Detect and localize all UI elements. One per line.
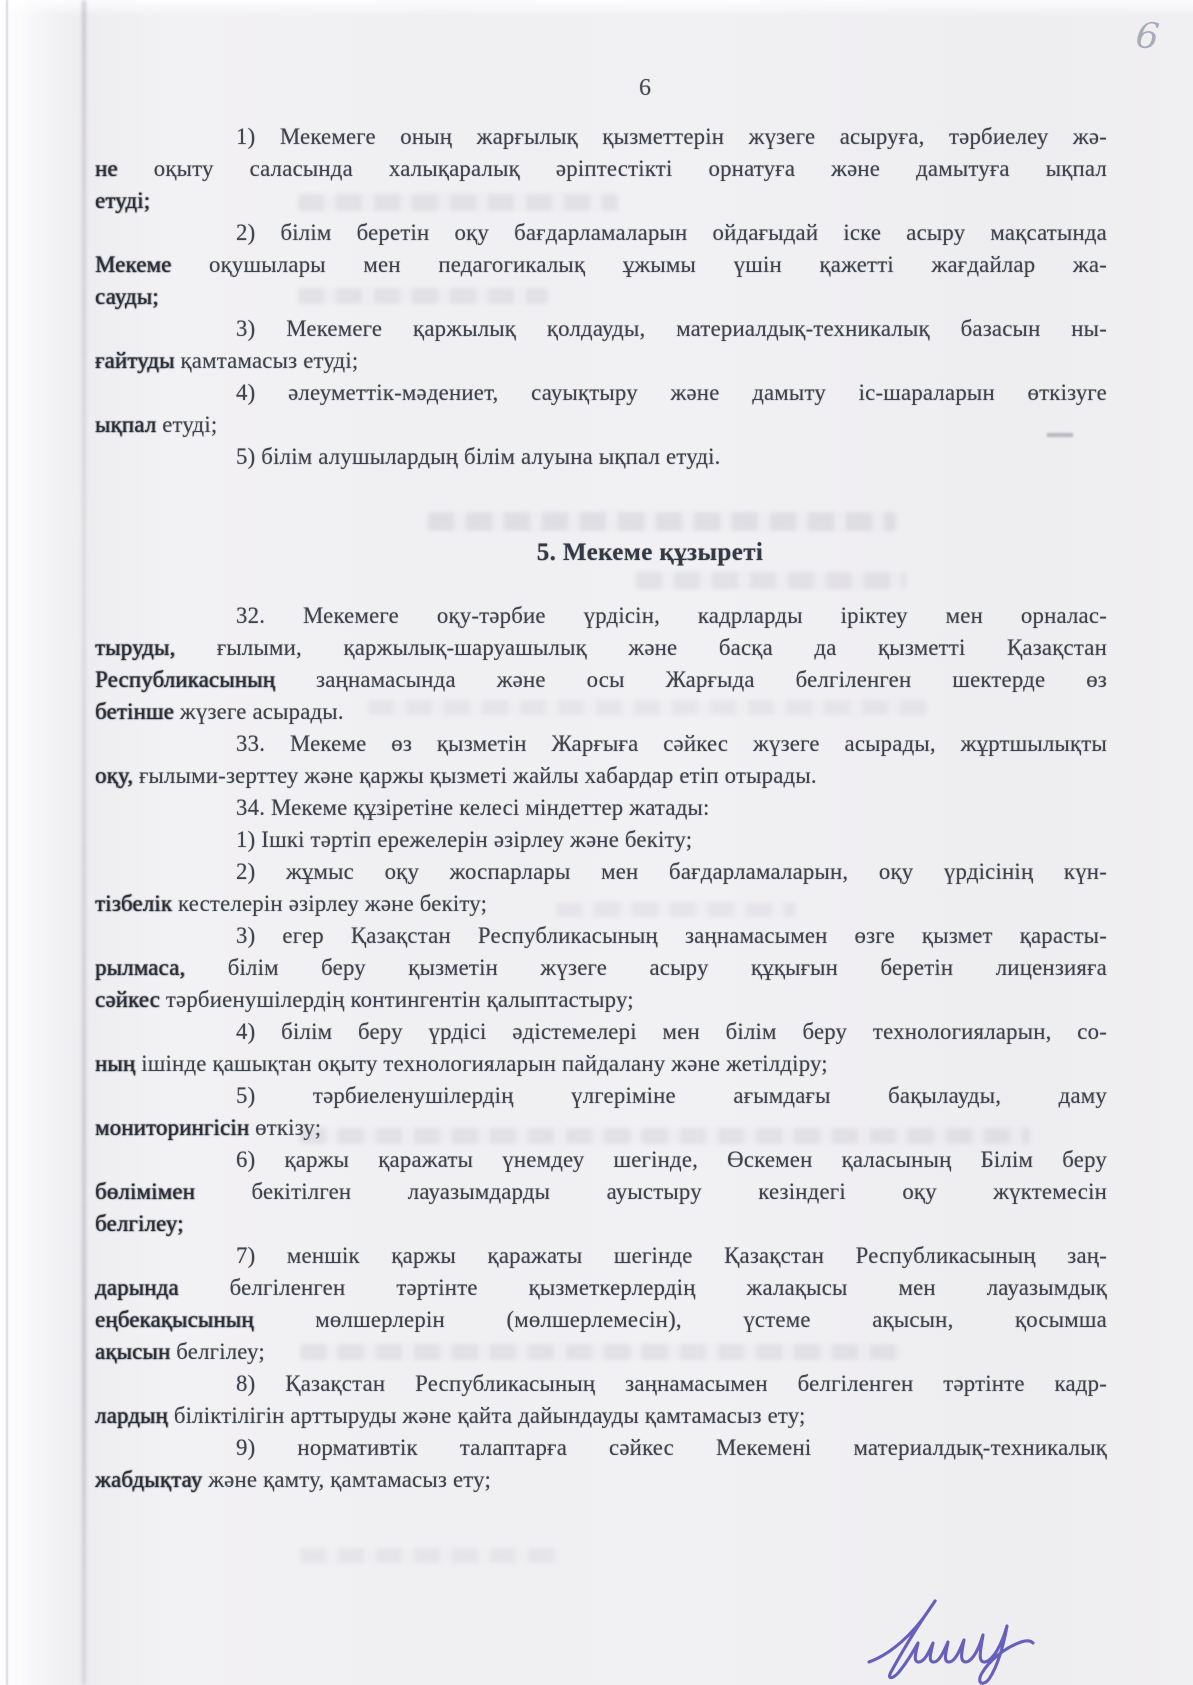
smudged-word: жабдықтау [95,1467,202,1492]
scanned-page: 6 6 1) Мекемеге оның жарғылық қызметтері… [0,0,1193,1685]
handwritten-signature [855,1588,1095,1685]
bleed-through-ghost [300,1344,900,1360]
text-line: 5) тәрбиеленушілердің үлгеріміне ағымдағ… [95,1080,1107,1112]
bleed-through-ghost [298,194,618,211]
smudged-word: лардың [95,1403,168,1428]
smudged-word: Мекеме [95,252,171,277]
printed-page-number: 6 [0,74,1193,102]
text-line: тыруды, ғылыми, қаржылық-шаруашылық және… [95,632,1107,664]
smudged-word: белгілеу; [95,1211,184,1236]
text-line: ғайтуды қамтамасыз етуді; [95,345,1107,377]
bleed-through-ghost [298,288,548,304]
text-line: 8) Қазақстан Республикасының заңнамасыме… [95,1368,1107,1400]
text-line: еңбекақысының мөлшерлерін (мөлшерлемесін… [95,1304,1107,1336]
text-line: лардың біліктілігін арттыруды және қайта… [95,1400,1107,1432]
bleed-through-ghost [300,1548,560,1563]
text-line: 4) білім беру үрдісі әдістемелері мен бі… [95,1016,1107,1048]
binding-crease [82,0,86,1685]
document-body-top: 1) Мекемеге оның жарғылық қызметтерін жү… [95,121,1107,473]
bleed-through-ghost [428,512,896,531]
smudged-word: дарында [95,1275,179,1300]
stray-mark [1047,433,1073,437]
bleed-through-ghost [556,902,796,917]
smudged-word: бетінше [95,699,174,724]
smudged-word: бөлімімен [95,1179,195,1204]
text-line: 33. Мекеме өз қызметін Жарғыға сәйкес жү… [95,728,1107,760]
smudged-word: тізбелік [95,891,172,916]
smudged-word: етуді; [95,188,150,213]
text-line: 3) Мекемеге қаржылық қолдауды, материалд… [95,313,1107,345]
smudged-word: рылмаса, [95,955,185,980]
text-line: 2) жұмыс оқу жоспарлары мен бағдарламала… [95,856,1107,888]
document-body-bottom: 32. Мекемеге оқу-тәрбие үрдісін, кадрлар… [95,600,1107,1496]
text-line: бөлімімен бекітілген лауазымдарды ауысты… [95,1176,1107,1208]
text-line: 6) қаржы қаражаты үнемдеу шегінде, Өскем… [95,1144,1107,1176]
text-line: 34. Мекеме құзіретіне келесі міндеттер ж… [95,792,1107,824]
text-line: оқу, ғылыми-зерттеу және қаржы қызметі ж… [95,760,1107,792]
section-heading: 5. Мекеме құзыреті [0,537,1193,569]
smudged-word: сәйкес [95,987,160,1012]
pencil-page-number: 6 [1134,15,1162,58]
smudged-word: не [95,156,118,181]
text-line: белгілеу; [95,1208,1107,1240]
bleed-through-ghost [636,572,906,589]
text-line: жабдықтау және қамту, қамтамасыз ету; [95,1464,1107,1496]
smudged-word: мониторингісін [95,1115,249,1140]
signature-path [869,1601,1033,1683]
text-line: 1) Мекемеге оның жарғылық қызметтерін жү… [95,121,1107,153]
text-line: сәйкес тәрбиенушілердің контингентін қал… [95,984,1107,1016]
smudged-word: ғайтуды [95,348,175,373]
text-line: Республикасының заңнамасында және осы Жа… [95,664,1107,696]
text-line: 9) нормативтік талаптарға сәйкес Мекемен… [95,1432,1107,1464]
bleed-through-ghost [368,700,928,715]
text-line: 3) егер Қазақстан Республикасының заңнам… [95,920,1107,952]
scan-edge-line [6,0,8,1685]
text-line: 7) меншік қаржы қаражаты шегінде Қазақст… [95,1240,1107,1272]
smudged-word: сауды; [95,284,159,309]
smudged-word: ның [95,1051,135,1076]
text-line: 2) білім беретін оқу бағдарламаларын ойд… [95,217,1107,249]
text-line: ықпал етуді; [95,409,1107,441]
text-line: 5) білім алушылардың білім алуына ықпал … [95,441,1107,473]
smudged-word: тыруды, [95,635,175,660]
text-line: 32. Мекемеге оқу-тәрбие үрдісін, кадрлар… [95,600,1107,632]
text-line: рылмаса, білім беру қызметін жүзеге асыр… [95,952,1107,984]
text-line: ның ішінде қашықтан оқыту технологиялары… [95,1048,1107,1080]
bleed-through-ghost [300,1128,1030,1144]
text-line: Мекеме оқушылары мен педагогикалық ұжымы… [95,249,1107,281]
text-line: 4) әлеуметтік-мәдениет, сауықтыру және д… [95,377,1107,409]
text-line: сауды; [95,281,1107,313]
text-line: не оқыту саласында халықаралық әріптесті… [95,153,1107,185]
smudged-word: Республикасының [95,667,275,692]
text-line: 1) Ішкі тәртіп ережелерін әзірлеу және б… [95,824,1107,856]
smudged-word: ықпал [95,412,156,437]
text-line: дарында белгіленген тәртінте қызметкерле… [95,1272,1107,1304]
smudged-word: еңбекақысының [95,1307,254,1332]
smudged-word: оқу, [95,763,133,788]
smudged-word: ақысын [95,1339,170,1364]
